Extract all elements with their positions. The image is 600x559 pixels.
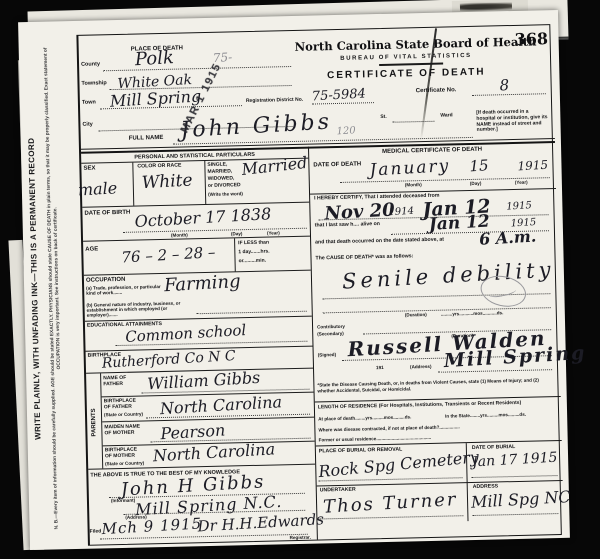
certify-line3: and that death occurred on the date stat… [315, 238, 444, 247]
certificate-no-label: Certificate No. [416, 87, 457, 95]
if-less-line: 1 day.......hrs. [238, 250, 269, 256]
date-of-birth-label: DATE OF BIRTH [84, 210, 130, 218]
race-cell: COLOR OR RACE White [133, 161, 206, 206]
state-or-country-sublabel: (State or Country) [104, 411, 143, 417]
father-birthplace-label: BIRTHPLACE OF FATHER [104, 398, 144, 410]
filed-row: Filed Mch 9 1915 Dr H.H.Edwards Registra… [89, 516, 317, 547]
burial-grid: PLACE OF BURIAL OR REMOVAL Rock Spg Ceme… [316, 441, 564, 525]
scanned-death-certificate-page: PLACE OF DEATH North Carolina State Boar… [0, 0, 600, 559]
county-value: Polk [134, 47, 174, 70]
certificate-no-value: 8 [499, 76, 510, 95]
registration-district-value: 75-5984 [311, 86, 366, 104]
marital-label-line: (Write the word) [208, 191, 243, 197]
certificate-form: PLACE OF DEATH County Polk 75- Township … [76, 24, 561, 546]
undertaker-label: UNDERTAKER [320, 488, 356, 495]
age-row: AGE 76 – 2 – 28 – IF LESS than 1 day....… [83, 237, 311, 276]
parents-rows: NAME OF FATHER William Gibbs BIRTHPLACE … [101, 369, 315, 469]
year-sublabel: (Year) [267, 230, 280, 235]
cause-label: The CAUSE OF DEATH* was as follows: [315, 254, 413, 262]
if-less-box: IF LESS than 1 day.......hrs. or........… [234, 237, 311, 272]
certify-line2: that I last saw h.... alive on [315, 222, 380, 229]
date-of-death-row: DATE OF DEATH January 15 1915 (Month) (D… [309, 153, 556, 195]
burial-date-line [472, 475, 558, 478]
day-sublabel: (Day) [470, 181, 482, 186]
burial-place-label: PLACE OF BURIAL OR REMOVAL [319, 448, 403, 456]
org-title: North Carolina State Board of Health [295, 36, 517, 54]
contributory-label: Contributory [317, 324, 345, 330]
certificate-paper: WRITE PLAINLY, WITH UNFADING INK—THIS IS… [18, 10, 570, 550]
occupation-label: OCCUPATION [86, 277, 126, 285]
duration-units: .........yrs...........mos...........ds. [441, 310, 504, 317]
county-line [103, 66, 291, 71]
occupation-b-label: (b) General nature of industry, business… [86, 300, 194, 318]
city-label: City [82, 122, 93, 128]
st-line [392, 121, 434, 123]
parents-group: PARENTS NAME OF FATHER William Gibbs BIR… [86, 369, 315, 470]
occupation-a-label: (a) Trade, profession, or particular kin… [86, 284, 164, 296]
burial-date-value: Jan 17 1915 [472, 450, 558, 471]
if-less-line: IF LESS than [238, 241, 269, 247]
mother-birthplace-label: BIRTHPLACE OF MOTHER [105, 447, 145, 459]
full-name-value: John Gibbs [180, 109, 333, 143]
sex-cell: SEX male [81, 163, 134, 207]
signed-sublabel: (Signed) [318, 352, 336, 358]
sex-label: SEX [83, 165, 95, 172]
sex-race-marital-row: SEX male COLOR OR RACE White SINGLE, MAR… [81, 159, 309, 208]
occupation-value: Farming [164, 271, 242, 296]
attended-to-year: 1915 [506, 200, 532, 212]
full-name-label: FULL NAME [129, 135, 164, 143]
cause-footnote: *State the Disease Causing Death, or, in… [317, 377, 557, 394]
certification-row: I HEREBY CERTIFY, That I attended deceas… [310, 189, 557, 255]
dod-day-value: 15 [469, 156, 489, 175]
undertaker-address-value: Mill Spg NC [471, 487, 572, 512]
state-or-country-sublabel: (State or Country) [105, 460, 144, 466]
month-sublabel: (Month) [171, 232, 188, 238]
mother-name-label: MAIDEN NAME OF MOTHER [104, 424, 146, 436]
date-of-birth-row: DATE OF BIRTH October 17 1838 (Month) (D… [82, 203, 310, 242]
registrar-sublabel: Registrar. [290, 535, 311, 541]
age-label: AGE [85, 246, 98, 253]
cause-line-2 [323, 307, 551, 313]
undertaker-address-line [472, 513, 558, 516]
year-sublabel: (Year) [515, 180, 528, 185]
residence-where-contracted: Where was disease contracted, if not at … [318, 424, 460, 432]
dod-year-value: 1915 [517, 158, 548, 174]
medical-certificate-column: MEDICAL CERTIFICATE OF DEATH DATE OF DEA… [309, 141, 563, 522]
town-label: Town [82, 99, 96, 105]
residence-title: LENGTH OF RESIDENCE (For Hospitals, Inst… [318, 401, 521, 411]
parents-label: PARENTS [90, 387, 98, 457]
residence-in-state: In the State........yrs.........mos.....… [445, 412, 526, 419]
occupation-row: OCCUPATION (a) Trade, profession, or par… [84, 271, 312, 322]
father-name-label: NAME OF FATHER [103, 376, 139, 388]
sig-address-sublabel: (Address) [410, 364, 432, 370]
residence-former: Former or usual residence...............… [319, 435, 432, 443]
residence-at-place: At place of death........yrs.........mos… [318, 414, 411, 421]
if-less-line: or.........min. [239, 259, 267, 265]
marital-cell: SINGLE, MARRIED, WIDOWED, or DIVORCED (W… [205, 159, 309, 204]
secondary-label: (Secondary) [317, 331, 344, 337]
signature-row: (Signed) Russell Walden 191 (Address) Mi… [313, 337, 560, 381]
death-time-value: 6 A.m. [479, 227, 537, 249]
birthplace-value: Rutherford Co N C [101, 348, 236, 372]
township-label: Township [81, 80, 106, 87]
date-of-death-label: DATE OF DEATH [313, 161, 361, 169]
sig-year-label: 191 [376, 365, 384, 370]
personal-statistical-column: PERSONAL AND STATISTICAL PARTICULARS SEX… [81, 147, 318, 545]
institution-note: [If death occurred in a hospital or inst… [476, 109, 549, 134]
race-value: White [141, 170, 193, 193]
registration-district-label: Registration District No. [246, 98, 303, 105]
filed-label: Filed [90, 529, 102, 535]
occupation-line [197, 311, 307, 314]
month-sublabel: (Month) [405, 182, 422, 188]
title-rule [379, 63, 443, 66]
certificate-title: CERTIFICATE OF DEATH [295, 66, 517, 82]
day-sublabel: (Day) [231, 231, 243, 236]
length-of-residence-row: LENGTH OF RESIDENCE (For Hospitals, Inst… [315, 397, 562, 447]
bureau-subtitle: BUREAU OF VITAL STATISTICS [295, 52, 517, 64]
age-value: 76 – 2 – 28 – [121, 243, 216, 266]
race-label: COLOR OR RACE [137, 164, 181, 171]
date-of-birth-value: October 17 1838 [134, 204, 272, 231]
marital-label-line: or DIVORCED [208, 183, 241, 189]
burial-date-label: DATE OF BURIAL [472, 445, 516, 452]
duration-sublabel: (Duration) [405, 312, 427, 318]
st-label: St. [380, 115, 387, 121]
county-label: County [81, 61, 100, 68]
burial-row-divider [317, 480, 563, 487]
sex-value: male [77, 178, 117, 199]
dod-month-value: January [369, 156, 451, 181]
ward-label: Ward [440, 113, 452, 119]
full-name-pencil-note: 120 [336, 125, 356, 137]
undertaker-address-label: ADDRESS [473, 484, 499, 490]
